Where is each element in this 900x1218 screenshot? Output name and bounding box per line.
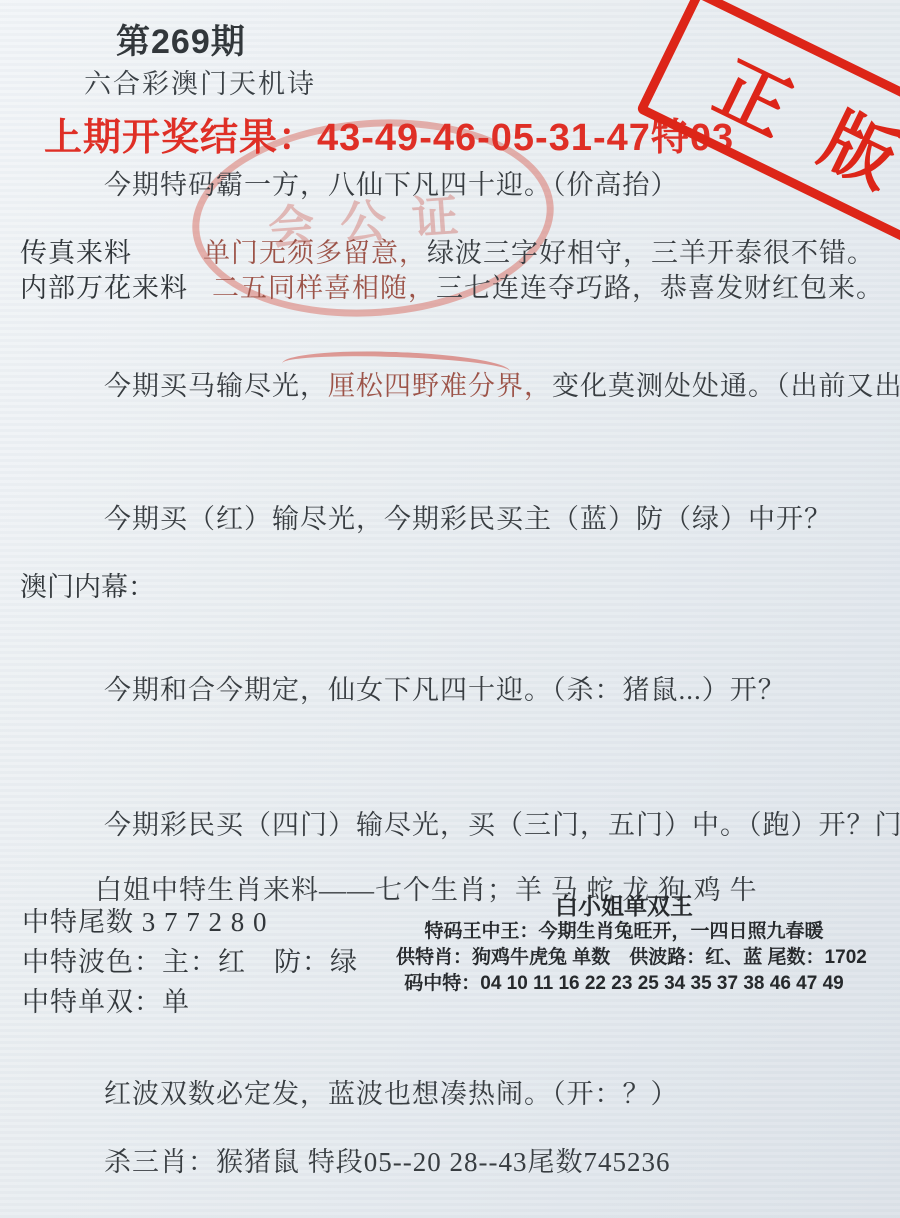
- special-numbers-line: 码中特：04 10 11 16 22 23 25 34 35 37 38 46 …: [396, 971, 852, 997]
- king-of-kings-line: 特码王中王：今期生肖兔旺开，一四日照九春暖: [396, 919, 852, 945]
- genuine-stamp-label: 正版: [659, 10, 900, 227]
- right-stats-block: 白小姐单双王 特码王中王：今期生肖兔旺开，一四日照九春暖 供特肖：狗鸡牛虎兔 单…: [396, 893, 852, 997]
- last-draw-result: 上期开奖结果：43-49-46-05-31-47特03: [44, 106, 734, 161]
- internal-material-line: 内部万花来料二五同样喜相随，三七连连夺巧路，恭喜发财红包来。: [20, 266, 884, 305]
- supplied-zodiac-line: 供特肖：狗鸡牛虎兔 单数 供波路：红、蓝 尾数：1702: [396, 945, 852, 971]
- internal-material-label: 内部万花来料: [20, 266, 212, 305]
- genuine-stamp: 正版: [636, 0, 900, 251]
- fax-material-black-segment: 绿波三字好相守，三羊开泰很不错。: [427, 238, 875, 268]
- kill-three-zodiac-line: 杀三肖：猴猪鼠 特段05--20 28--43尾数745236: [104, 1140, 670, 1179]
- horse-poem-part1: 今期买马输尽光，: [104, 371, 328, 401]
- hehe-poem: 今期和合今期定，仙女下凡四十迎。（杀：猪鼠...）开？: [104, 668, 786, 707]
- doors-poem: 今期彩民买（四门）输尽光，买（三门，五门）中。（跑）开？门: [104, 803, 900, 842]
- special-odd-even: 中特单双：单: [22, 982, 358, 1022]
- sheet-subtitle: 六合彩澳门天机诗: [84, 62, 316, 101]
- wave-poem-line: 红波双数必定发，蓝波也想凑热闹。（开：？）: [104, 1072, 679, 1111]
- white-lady-title: 白小姐单双王: [396, 893, 852, 919]
- internal-material-red-segment: 二五同样喜相随，: [212, 273, 436, 303]
- special-wave-color: 中特波色：主：红 防：绿: [22, 942, 358, 982]
- horse-poem-part2: 变化莫测处处通。（出前又出后）: [552, 371, 900, 401]
- color-buy-poem: 今期买（红）输尽光，今期彩民买主（蓝）防（绿）中开？: [104, 497, 832, 536]
- fax-material-label: 传真来料: [20, 231, 203, 270]
- lottery-fax-sheet: 会公证 正版 第269期 六合彩澳门天机诗 上期开奖结果：43-49-46-05…: [0, 0, 900, 1218]
- issue-number: 第269期: [116, 14, 246, 63]
- fax-material-red-segment: 单门无须多留意，: [203, 238, 427, 268]
- special-code-poem: 今期特码霸一方，八仙下凡四十迎。（价高抬）: [104, 163, 679, 202]
- fax-material-line: 传真来料单门无须多留意，绿波三字好相守，三羊开泰很不错。: [20, 231, 875, 270]
- macau-insider-label: 澳门内幕：: [20, 565, 155, 604]
- left-stats-block: 中特尾数 3 7 7 2 8 0 中特波色：主：红 防：绿 中特单双：单: [22, 902, 358, 1022]
- internal-material-black-segment: 三七连连夺巧路，恭喜发财红包来。: [436, 273, 884, 303]
- special-tail-numbers: 中特尾数 3 7 7 2 8 0: [22, 902, 358, 942]
